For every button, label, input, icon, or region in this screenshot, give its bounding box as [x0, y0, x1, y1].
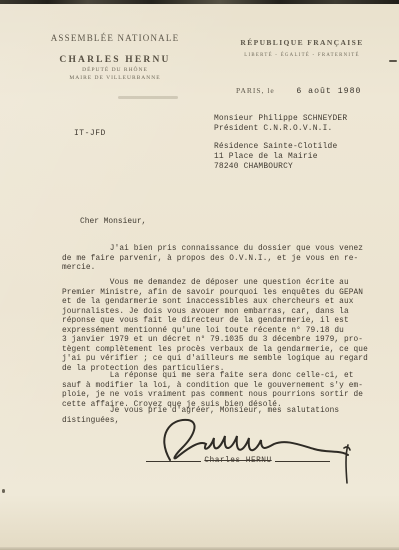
scan-smudge: [118, 96, 178, 99]
scan-artifact-dot: [2, 489, 5, 493]
letterhead-sender-title-1: DÉPUTÉ DU RHÔNE: [40, 67, 190, 73]
scanned-letter: ASSEMBLÉE NATIONALE CHARLES HERNU DÉPUTÉ…: [0, 0, 399, 550]
republic-line: RÉPUBLIQUE FRANÇAISE: [232, 38, 372, 47]
body-paragraph-1: J'ai bien pris connaissance du dossier q…: [62, 245, 374, 274]
typed-signature-line: Charles HERNU: [146, 457, 330, 465]
letterhead: ASSEMBLÉE NATIONALE CHARLES HERNU DÉPUTÉ…: [40, 33, 190, 81]
recipient-address: Monsieur Philippe SCHNEYDER Président C.…: [214, 114, 347, 172]
recipient-gap: [214, 134, 347, 142]
republic-motto: LIBERTÉ - ÉGALITÉ - FRATERNITÉ: [232, 53, 372, 58]
dateline-place: PARIS, le: [236, 86, 275, 95]
letterhead-sender-title-2: MAIRE DE VILLEURBANNE: [40, 75, 190, 81]
scan-edge-top: [0, 0, 399, 4]
dateline-date: 6 août 1980: [296, 87, 361, 96]
signature-rule-left: [146, 461, 201, 462]
typed-signature-name: Charles HERNU: [201, 457, 274, 465]
letterhead-sender-name: CHARLES HERNU: [40, 55, 190, 65]
recipient-name: Monsieur Philippe SCHNEYDER: [214, 114, 347, 124]
signature-rule-right: [275, 461, 330, 462]
salutation: Cher Monsieur,: [80, 217, 146, 226]
letterhead-institution: ASSEMBLÉE NATIONALE: [40, 33, 190, 43]
body-paragraph-3: La réponse qui me sera faite sera donc c…: [62, 372, 374, 410]
scan-artifact-mark: [389, 60, 397, 62]
body-paragraph-2: Vous me demandez de déposer une question…: [62, 279, 374, 374]
republic-header: RÉPUBLIQUE FRANÇAISE LIBERTÉ - ÉGALITÉ -…: [232, 38, 372, 58]
reference-code: IT-JFD: [74, 129, 106, 138]
dateline: PARIS, le 6 août 1980: [236, 80, 396, 98]
recipient-city: 78240 CHAMBOURCY: [214, 162, 347, 172]
signature-pen-stroke: [342, 444, 352, 484]
recipient-title: Président C.N.R.O.V.N.I.: [214, 124, 347, 134]
recipient-street: 11 Place de la Mairie: [214, 152, 347, 162]
recipient-residence: Résidence Sainte-Clotilde: [214, 142, 347, 152]
